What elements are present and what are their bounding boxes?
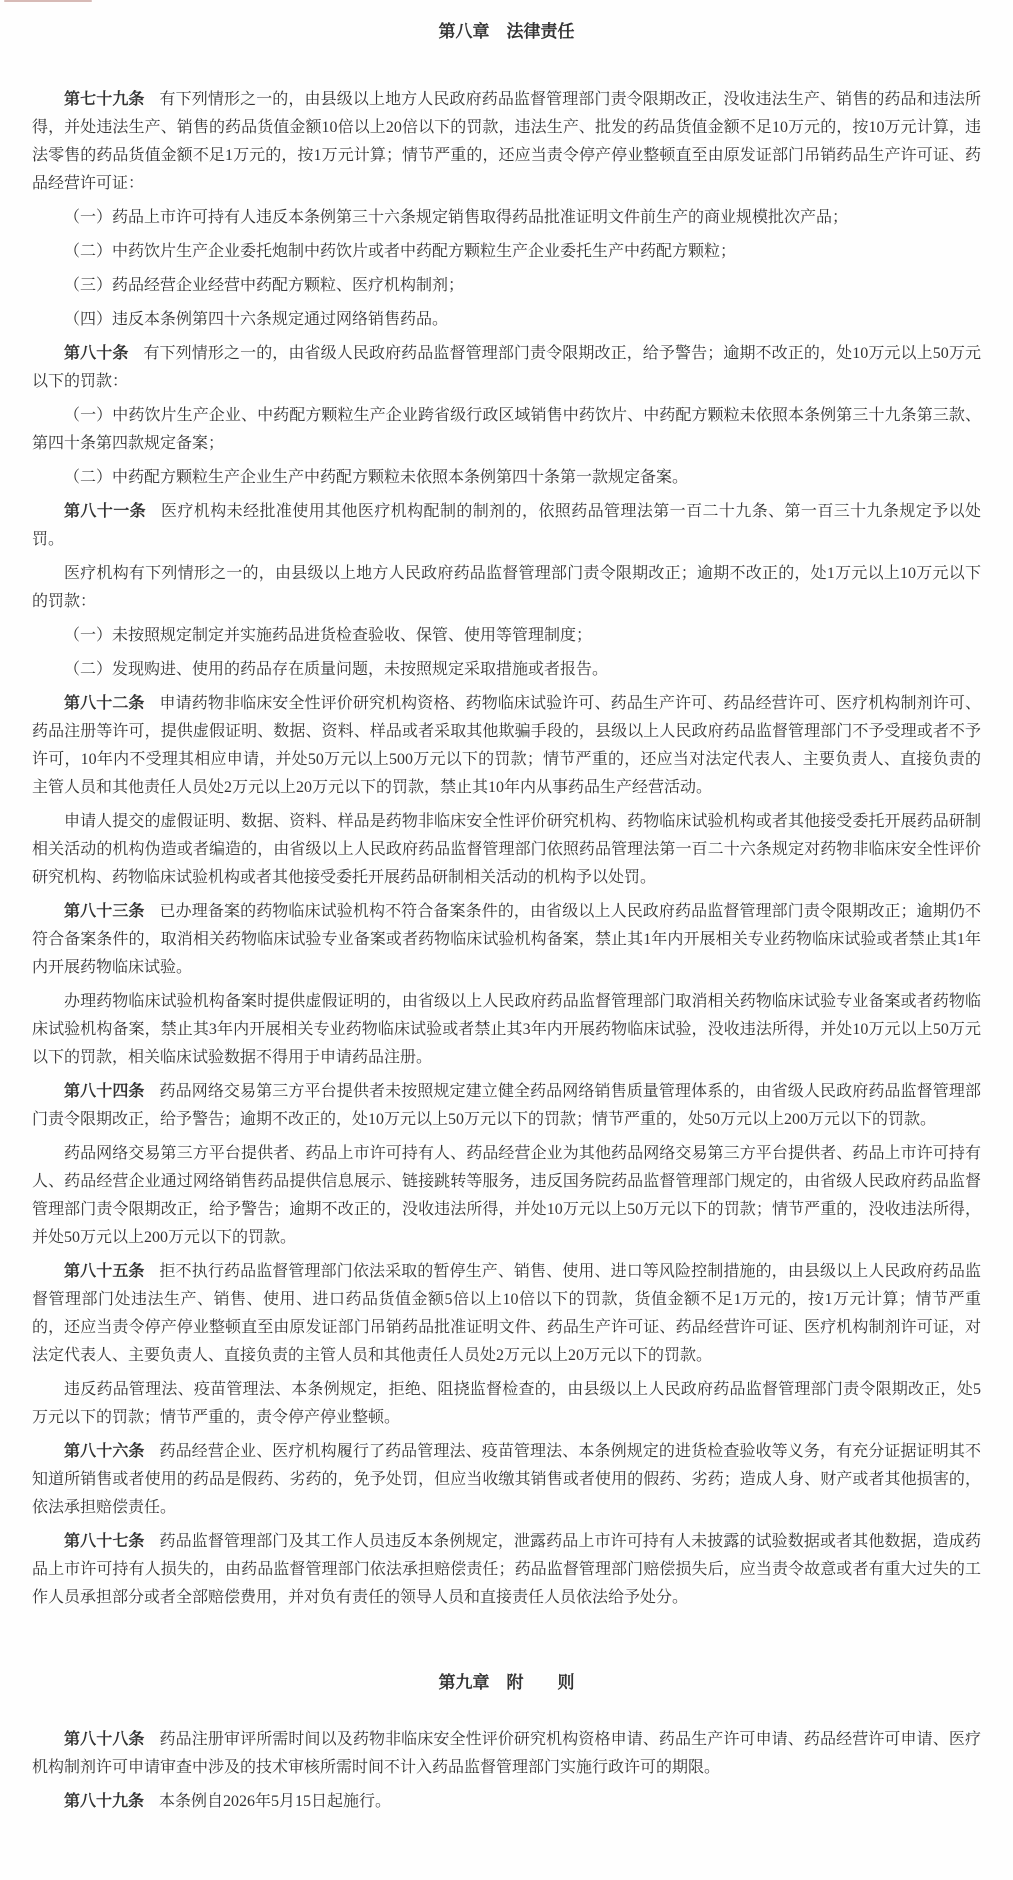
- article-paragraph: 第八十四条药品网络交易第三方平台提供者未按照规定建立健全药品网络销售质量管理体系…: [32, 1078, 981, 1134]
- paragraph-text: （一）药品上市许可持有人违反本条例第三十六条规定销售取得药品批准证明文件前生产的…: [64, 209, 848, 226]
- body-paragraph: （二）中药饮片生产企业委托炮制中药饮片或者中药配方颗粒生产企业委托生产中药配方颗…: [32, 238, 981, 266]
- article-paragraph: 第八十条有下列情形之一的，由省级人民政府药品监督管理部门责令限期改正，给予警告；…: [32, 340, 981, 396]
- paragraph-text: 医疗机构未经批准使用其他医疗机构配制的制剂的，依照药品管理法第一百二十九条、第一…: [32, 503, 981, 548]
- body-paragraph: （二）中药配方颗粒生产企业生产中药配方颗粒未依照本条例第四十条第一款规定备案。: [32, 464, 981, 492]
- chapter-heading: 第八章 法律责任: [32, 18, 981, 46]
- body-paragraph: 办理药物临床试验机构备案时提供虚假证明的，由省级以上人民政府药品监督管理部门取消…: [32, 988, 981, 1072]
- body-paragraph: （一）未按照规定制定并实施药品进货检查验收、保管、使用等管理制度；: [32, 622, 981, 650]
- body-paragraph: （三）药品经营企业经营中药配方颗粒、医疗机构制剂；: [32, 272, 981, 300]
- paragraph-text: 药品经营企业、医疗机构履行了药品管理法、疫苗管理法、本条例规定的进货检查验收等义…: [32, 1443, 981, 1516]
- article-number: 第八十条: [64, 345, 128, 362]
- body-paragraph: （四）违反本条例第四十六条规定通过网络销售药品。: [32, 306, 981, 334]
- paragraph-text: （二）发现购进、使用的药品存在质量问题，未按照规定采取措施或者报告。: [64, 661, 608, 678]
- article-paragraph: 第八十三条已办理备案的药物临床试验机构不符合备案条件的，由省级以上人民政府药品监…: [32, 898, 981, 982]
- article-number: 第八十一条: [64, 503, 146, 520]
- paragraph-text: （四）违反本条例第四十六条规定通过网络销售药品。: [64, 311, 448, 328]
- article-paragraph: 第八十六条药品经营企业、医疗机构履行了药品管理法、疫苗管理法、本条例规定的进货检…: [32, 1438, 981, 1522]
- article-number: 第八十三条: [64, 903, 145, 920]
- paragraph-text: 拒不执行药品监督管理部门依法采取的暂停生产、销售、使用、进口等风险控制措施的，由…: [32, 1263, 981, 1364]
- document-page: 第八章 法律责任第七十九条有下列情形之一的，由县级以上地方人民政府药品监督管理部…: [0, 0, 1013, 1880]
- body-paragraph: （一）药品上市许可持有人违反本条例第三十六条规定销售取得药品批准证明文件前生产的…: [32, 204, 981, 232]
- article-paragraph: 第八十八条药品注册审评所需时间以及药物非临床安全性评价研究机构资格申请、药品生产…: [32, 1726, 981, 1782]
- paragraph-text: 药品网络交易第三方平台提供者未按照规定建立健全药品网络销售质量管理体系的，由省级…: [32, 1083, 981, 1128]
- paragraph-text: 药品网络交易第三方平台提供者、药品上市许可持有人、药品经营企业为其他药品网络交易…: [32, 1145, 981, 1246]
- article-number: 第八十五条: [64, 1263, 145, 1280]
- article-paragraph: 第八十五条拒不执行药品监督管理部门依法采取的暂停生产、销售、使用、进口等风险控制…: [32, 1258, 981, 1370]
- paragraph-text: 有下列情形之一的，由省级人民政府药品监督管理部门责令限期改正，给予警告；逾期不改…: [32, 345, 981, 390]
- article-paragraph: 第八十二条申请药物非临床安全性评价研究机构资格、药物临床试验许可、药品生产许可、…: [32, 690, 981, 802]
- article-paragraph: 第八十一条医疗机构未经批准使用其他医疗机构配制的制剂的，依照药品管理法第一百二十…: [32, 498, 981, 554]
- article-paragraph: 第八十七条药品监督管理部门及其工作人员违反本条例规定，泄露药品上市许可持有人未披…: [32, 1528, 981, 1612]
- article-number: 第八十七条: [64, 1533, 145, 1550]
- paragraph-text: 药品监督管理部门及其工作人员违反本条例规定，泄露药品上市许可持有人未披露的试验数…: [32, 1533, 981, 1606]
- body-paragraph: 药品网络交易第三方平台提供者、药品上市许可持有人、药品经营企业为其他药品网络交易…: [32, 1140, 981, 1252]
- paragraph-text: 申请药物非临床安全性评价研究机构资格、药物临床试验许可、药品生产许可、药品经营许…: [32, 695, 981, 796]
- paragraph-text: 药品注册审评所需时间以及药物非临床安全性评价研究机构资格申请、药品生产许可申请、…: [32, 1731, 981, 1776]
- paragraph-text: （二）中药饮片生产企业委托炮制中药饮片或者中药配方颗粒生产企业委托生产中药配方颗…: [64, 243, 736, 260]
- chapter-title-text: 第九章 附 则: [439, 1673, 575, 1692]
- paragraph-text: （三）药品经营企业经营中药配方颗粒、医疗机构制剂；: [64, 277, 464, 294]
- paragraph-text: （一）未按照规定制定并实施药品进货检查验收、保管、使用等管理制度；: [64, 627, 592, 644]
- chapter-title-text: 第八章 法律责任: [439, 22, 575, 41]
- article-number: 第八十九条: [64, 1793, 144, 1810]
- article-paragraph: 第八十九条本条例自2026年5月15日起施行。: [32, 1788, 981, 1816]
- page-top-artifact: [4, 0, 92, 2]
- paragraph-text: 医疗机构有下列情形之一的，由县级以上地方人民政府药品监督管理部门责令限期改正；逾…: [32, 565, 981, 610]
- body-paragraph: 医疗机构有下列情形之一的，由县级以上地方人民政府药品监督管理部门责令限期改正；逾…: [32, 560, 981, 616]
- paragraph-text: 申请人提交的虚假证明、数据、资料、样品是药物非临床安全性评价研究机构、药物临床试…: [32, 813, 981, 886]
- article-number: 第八十二条: [64, 695, 145, 712]
- article-paragraph: 第七十九条有下列情形之一的，由县级以上地方人民政府药品监督管理部门责令限期改正，…: [32, 86, 981, 198]
- article-number: 第七十九条: [64, 91, 145, 108]
- article-number: 第八十八条: [64, 1731, 145, 1748]
- article-number: 第八十四条: [64, 1083, 145, 1100]
- document-body: 第八章 法律责任第七十九条有下列情形之一的，由县级以上地方人民政府药品监督管理部…: [0, 0, 1013, 1816]
- paragraph-text: （一）中药饮片生产企业、中药配方颗粒生产企业跨省级行政区域销售中药饮片、中药配方…: [32, 407, 981, 452]
- body-paragraph: （二）发现购进、使用的药品存在质量问题，未按照规定采取措施或者报告。: [32, 656, 981, 684]
- paragraph-text: （二）中药配方颗粒生产企业生产中药配方颗粒未依照本条例第四十条第一款规定备案。: [64, 469, 688, 486]
- paragraph-text: 办理药物临床试验机构备案时提供虚假证明的，由省级以上人民政府药品监督管理部门取消…: [32, 993, 981, 1066]
- body-paragraph: （一）中药饮片生产企业、中药配方颗粒生产企业跨省级行政区域销售中药饮片、中药配方…: [32, 402, 981, 458]
- article-number: 第八十六条: [64, 1443, 145, 1460]
- paragraph-text: 已办理备案的药物临床试验机构不符合备案条件的，由省级以上人民政府药品监督管理部门…: [32, 903, 981, 976]
- paragraph-text: 本条例自2026年5月15日起施行。: [159, 1793, 391, 1810]
- body-paragraph: 申请人提交的虚假证明、数据、资料、样品是药物非临床安全性评价研究机构、药物临床试…: [32, 808, 981, 892]
- paragraph-text: 有下列情形之一的，由县级以上地方人民政府药品监督管理部门责令限期改正，没收违法生…: [32, 91, 981, 192]
- body-paragraph: 违反药品管理法、疫苗管理法、本条例规定，拒绝、阻挠监督检查的，由县级以上人民政府…: [32, 1376, 981, 1432]
- chapter-heading: 第九章 附 则: [32, 1669, 981, 1697]
- paragraph-text: 违反药品管理法、疫苗管理法、本条例规定，拒绝、阻挠监督检查的，由县级以上人民政府…: [32, 1381, 981, 1426]
